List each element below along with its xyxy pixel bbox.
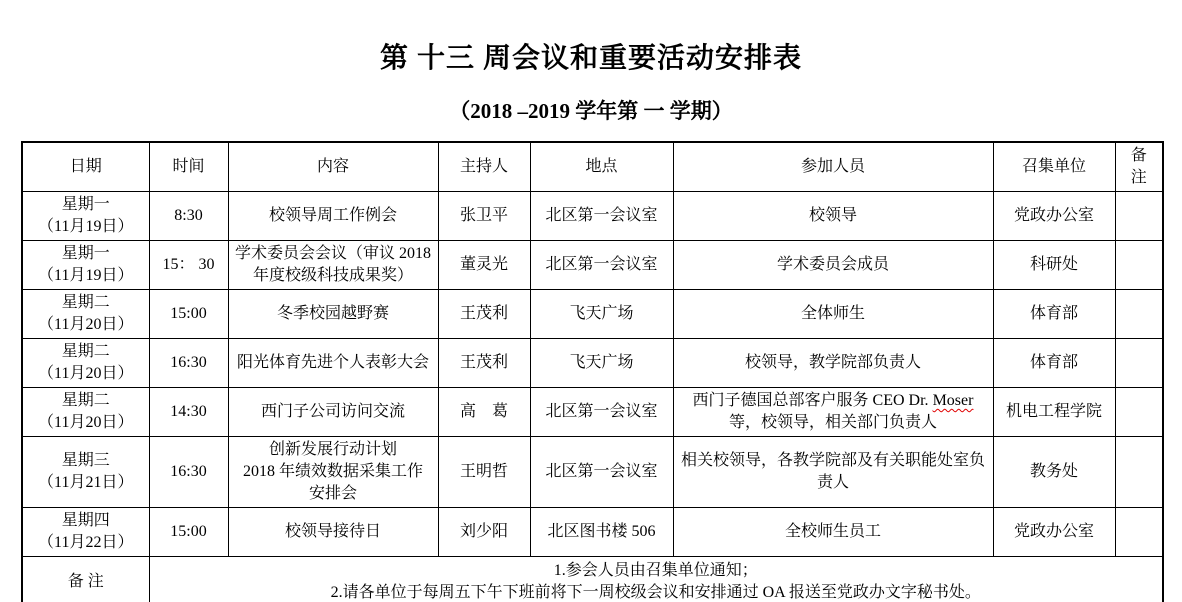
cell-date: 星期四 （11月22日） xyxy=(22,508,149,557)
document-page: 第 十三 周会议和重要活动安排表 （2018 –2019 学年第 一 学期） 日… xyxy=(0,0,1182,602)
schedule-table: 日期 时间 内容 主持人 地点 参加人员 召集单位 备 注 星期一 （11月19… xyxy=(21,141,1164,602)
cell-date: 星期二 （11月20日） xyxy=(22,388,149,437)
header-content: 内容 xyxy=(228,142,438,192)
cell-location: 北区第一会议室 xyxy=(530,437,673,508)
cell-host: 高 葛 xyxy=(438,388,530,437)
page-subtitle: （2018 –2019 学年第 一 学期） xyxy=(0,95,1182,125)
cell-time: 8:30 xyxy=(149,192,228,241)
header-time: 时间 xyxy=(149,142,228,192)
table-row: 星期三 （11月21日） 16:30 创新发展行动计划 2018 年绩效数据采集… xyxy=(22,437,1163,508)
cell-date: 星期一 （11月19日） xyxy=(22,192,149,241)
cell-content: 学术委员会会议（审议 2018 年度校级科技成果奖） xyxy=(228,241,438,290)
header-host: 主持人 xyxy=(438,142,530,192)
cell-location: 北区第一会议室 xyxy=(530,388,673,437)
cell-content: 西门子公司访问交流 xyxy=(228,388,438,437)
cell-organizer: 党政办公室 xyxy=(993,192,1115,241)
cell-remark xyxy=(1115,339,1163,388)
cell-host: 王茂利 xyxy=(438,339,530,388)
cell-organizer: 体育部 xyxy=(993,339,1115,388)
table-row: 星期一 （11月19日） 8:30 校领导周工作例会 张卫平 北区第一会议室 校… xyxy=(22,192,1163,241)
cell-time: 15： 30 xyxy=(149,241,228,290)
cell-content: 校领导周工作例会 xyxy=(228,192,438,241)
cell-host: 刘少阳 xyxy=(438,508,530,557)
notes-row: 备 注 1.参会人员由召集单位通知； 2.请各单位于每周五下午下班前将下一周校级… xyxy=(22,557,1163,602)
cell-participants: 校领导，教学院部负责人 xyxy=(673,339,993,388)
cell-date: 星期二 （11月20日） xyxy=(22,339,149,388)
header-row: 日期 时间 内容 主持人 地点 参加人员 召集单位 备 注 xyxy=(22,142,1163,192)
cell-host: 张卫平 xyxy=(438,192,530,241)
page-title: 第 十三 周会议和重要活动安排表 xyxy=(0,36,1182,76)
cell-date: 星期一 （11月19日） xyxy=(22,241,149,290)
cell-organizer: 机电工程学院 xyxy=(993,388,1115,437)
participants-text: 西门子德国总部客户服务 CEO Dr. xyxy=(693,392,933,409)
cell-host: 王茂利 xyxy=(438,290,530,339)
cell-remark xyxy=(1115,388,1163,437)
participants-text: 等，校领导，相关部门负责人 xyxy=(729,414,937,431)
cell-location: 飞天广场 xyxy=(530,290,673,339)
cell-participants: 校领导 xyxy=(673,192,993,241)
cell-host: 王明哲 xyxy=(438,437,530,508)
cell-participants: 西门子德国总部客户服务 CEO Dr. Moser 等，校领导，相关部门负责人 xyxy=(673,388,993,437)
cell-time: 14:30 xyxy=(149,388,228,437)
cell-host: 董灵光 xyxy=(438,241,530,290)
spellcheck-misspelled-word: Moser xyxy=(933,392,974,409)
cell-date: 星期三 （11月21日） xyxy=(22,437,149,508)
header-remark: 备 注 xyxy=(1115,142,1163,192)
cell-location: 北区图书楼 506 xyxy=(530,508,673,557)
cell-participants: 全校师生员工 xyxy=(673,508,993,557)
cell-content: 冬季校园越野赛 xyxy=(228,290,438,339)
cell-organizer: 体育部 xyxy=(993,290,1115,339)
cell-time: 15:00 xyxy=(149,290,228,339)
cell-remark xyxy=(1115,508,1163,557)
table-row: 星期二 （11月20日） 14:30 西门子公司访问交流 高 葛 北区第一会议室… xyxy=(22,388,1163,437)
table-row: 星期四 （11月22日） 15:00 校领导接待日 刘少阳 北区图书楼 506 … xyxy=(22,508,1163,557)
cell-remark xyxy=(1115,241,1163,290)
header-date: 日期 xyxy=(22,142,149,192)
cell-remark xyxy=(1115,290,1163,339)
table-row: 星期一 （11月19日） 15： 30 学术委员会会议（审议 2018 年度校级… xyxy=(22,241,1163,290)
cell-participants: 学术委员会成员 xyxy=(673,241,993,290)
header-participants: 参加人员 xyxy=(673,142,993,192)
notes-text: 1.参会人员由召集单位通知； 2.请各单位于每周五下午下班前将下一周校级会议和安… xyxy=(149,557,1163,602)
table-row: 星期二 （11月20日） 16:30 阳光体育先进个人表彰大会 王茂利 飞天广场… xyxy=(22,339,1163,388)
cell-location: 飞天广场 xyxy=(530,339,673,388)
notes-label: 备 注 xyxy=(22,557,149,602)
cell-location: 北区第一会议室 xyxy=(530,241,673,290)
cell-organizer: 党政办公室 xyxy=(993,508,1115,557)
cell-content: 校领导接待日 xyxy=(228,508,438,557)
cell-organizer: 科研处 xyxy=(993,241,1115,290)
cell-organizer: 教务处 xyxy=(993,437,1115,508)
cell-content: 阳光体育先进个人表彰大会 xyxy=(228,339,438,388)
cell-remark xyxy=(1115,192,1163,241)
cell-remark xyxy=(1115,437,1163,508)
cell-time: 15:00 xyxy=(149,508,228,557)
cell-time: 16:30 xyxy=(149,437,228,508)
cell-date: 星期二 （11月20日） xyxy=(22,290,149,339)
cell-participants: 相关校领导，各教学院部及有关职能处室负责人 xyxy=(673,437,993,508)
table-row: 星期二 （11月20日） 15:00 冬季校园越野赛 王茂利 飞天广场 全体师生… xyxy=(22,290,1163,339)
header-organizer: 召集单位 xyxy=(993,142,1115,192)
cell-time: 16:30 xyxy=(149,339,228,388)
cell-content: 创新发展行动计划 2018 年绩效数据采集工作 安排会 xyxy=(228,437,438,508)
cell-participants: 全体师生 xyxy=(673,290,993,339)
cell-location: 北区第一会议室 xyxy=(530,192,673,241)
header-location: 地点 xyxy=(530,142,673,192)
